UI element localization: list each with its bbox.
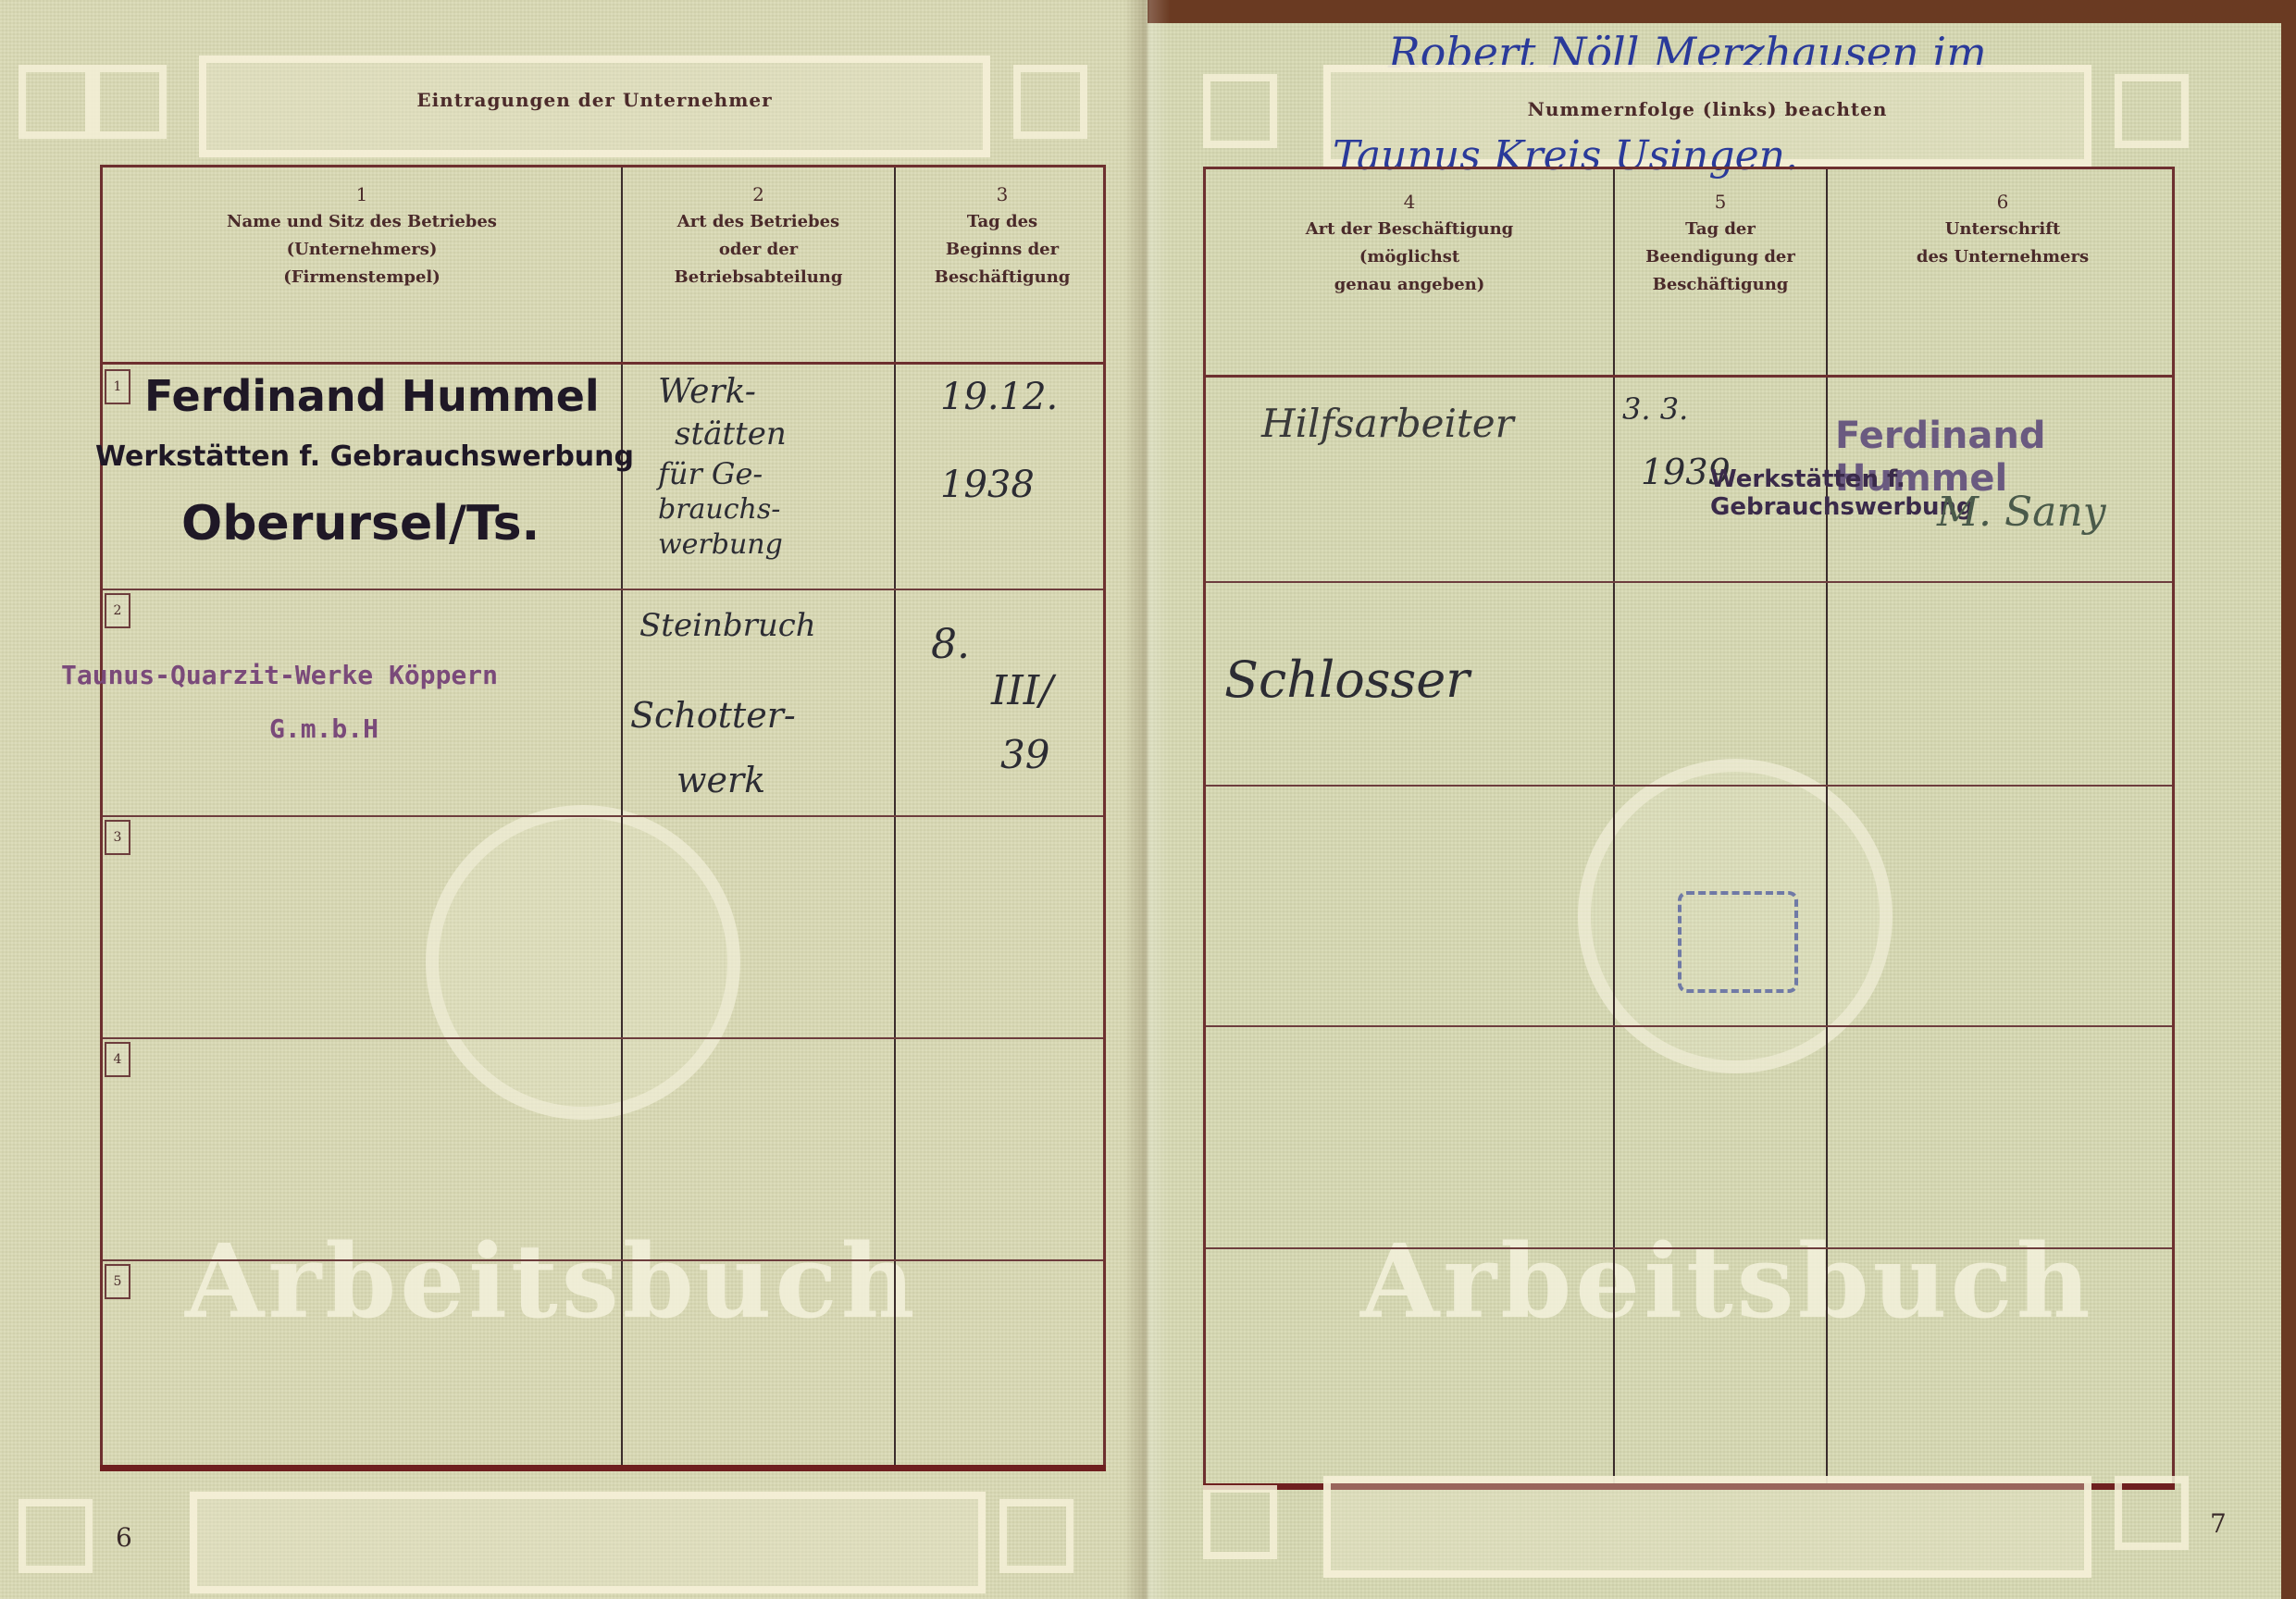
border-motif-icon (1013, 65, 1087, 139)
border-motif-icon (19, 1499, 93, 1573)
border-motif-icon (999, 1499, 1074, 1573)
employer-signature: M. Sany (1937, 489, 2106, 536)
footer-band (1323, 1476, 2091, 1578)
occupation-entry: Schlosser (1224, 651, 1470, 709)
business-type-line: brauchs- (658, 493, 780, 526)
border-motif-icon (1203, 74, 1277, 148)
business-type-line: Werk- (658, 373, 756, 411)
company-stamp-line: Taunus-Quarzit-Werke Köppern (61, 660, 498, 690)
row-number: 1 (105, 369, 130, 404)
row-number: 3 (105, 820, 130, 855)
right-page: Robert Nöll Merzhausen im Nummernfolge (… (1148, 23, 2281, 1599)
column-header-3: 3 Tag des Beginns der Beschäftigung (896, 180, 1109, 291)
left-page: Eintragungen der Unternehmer Arbeitsbuch… (0, 0, 1148, 1599)
company-stamp-line: Werkstätten f. Gebrauchswerbung (95, 440, 634, 473)
border-motif-icon (93, 65, 167, 139)
header-band: Eintragungen der Unternehmer (199, 56, 990, 157)
occupation-entry: Hilfsarbeiter (1261, 401, 1514, 446)
row-number: 5 (105, 1264, 130, 1299)
page-number: 6 (116, 1522, 132, 1553)
start-date-line: 1938 (940, 464, 1035, 506)
start-date-line: 8. (931, 621, 970, 668)
column-header-5: 5 Tag der Beendigung der Beschäftigung (1615, 188, 1826, 299)
column-header-2: 2 Art des Betriebes oder der Betriebsabt… (623, 180, 894, 291)
footer-band (190, 1492, 986, 1593)
column-header-4: 4 Art der Beschäftigung (möglichst genau… (1206, 188, 1613, 299)
page-number: 7 (2210, 1508, 2227, 1539)
header-band-label: Nummernfolge (links) beachten (1331, 98, 2084, 120)
business-type-line: Schotter- (630, 695, 796, 736)
start-date-line: 39 (1000, 732, 1049, 777)
border-motif-icon (2115, 1476, 2189, 1550)
start-date-line: 19.12. (940, 376, 1058, 418)
row-number: 4 (105, 1042, 130, 1077)
column-header-6: 6 Unterschrift des Unternehmers (1828, 188, 2178, 271)
column-header-1: 1 Name und Sitz des Betriebes (Unternehm… (103, 180, 621, 291)
business-type-line: werk (676, 760, 765, 800)
company-stamp-line: G.m.b.H (269, 713, 379, 744)
business-type-line: werbung (658, 528, 783, 561)
business-type-line: für Ge- (658, 456, 763, 491)
company-stamp-line: Oberursel/Ts. (181, 496, 540, 552)
ink-stamp-mark (1678, 891, 1798, 993)
employer-entries-table-continued: 4 Art der Beschäftigung (möglichst genau… (1203, 167, 2175, 1490)
start-date-line: III/ (991, 667, 1053, 714)
business-type-line: stätten (675, 415, 787, 452)
book-spine (1124, 0, 1171, 1599)
business-type-line: Steinbruch (639, 607, 816, 644)
header-band-label: Eintragungen der Unternehmer (206, 89, 983, 111)
row-number: 2 (105, 593, 130, 628)
border-motif-icon (2115, 74, 2189, 148)
end-date-line: 3. 3. (1622, 391, 1688, 427)
employer-entries-table: 1 Name und Sitz des Betriebes (Unternehm… (100, 165, 1106, 1471)
border-motif-icon (1203, 1485, 1277, 1559)
company-stamp-line: Ferdinand Hummel (144, 371, 600, 421)
border-motif-icon (19, 65, 93, 139)
